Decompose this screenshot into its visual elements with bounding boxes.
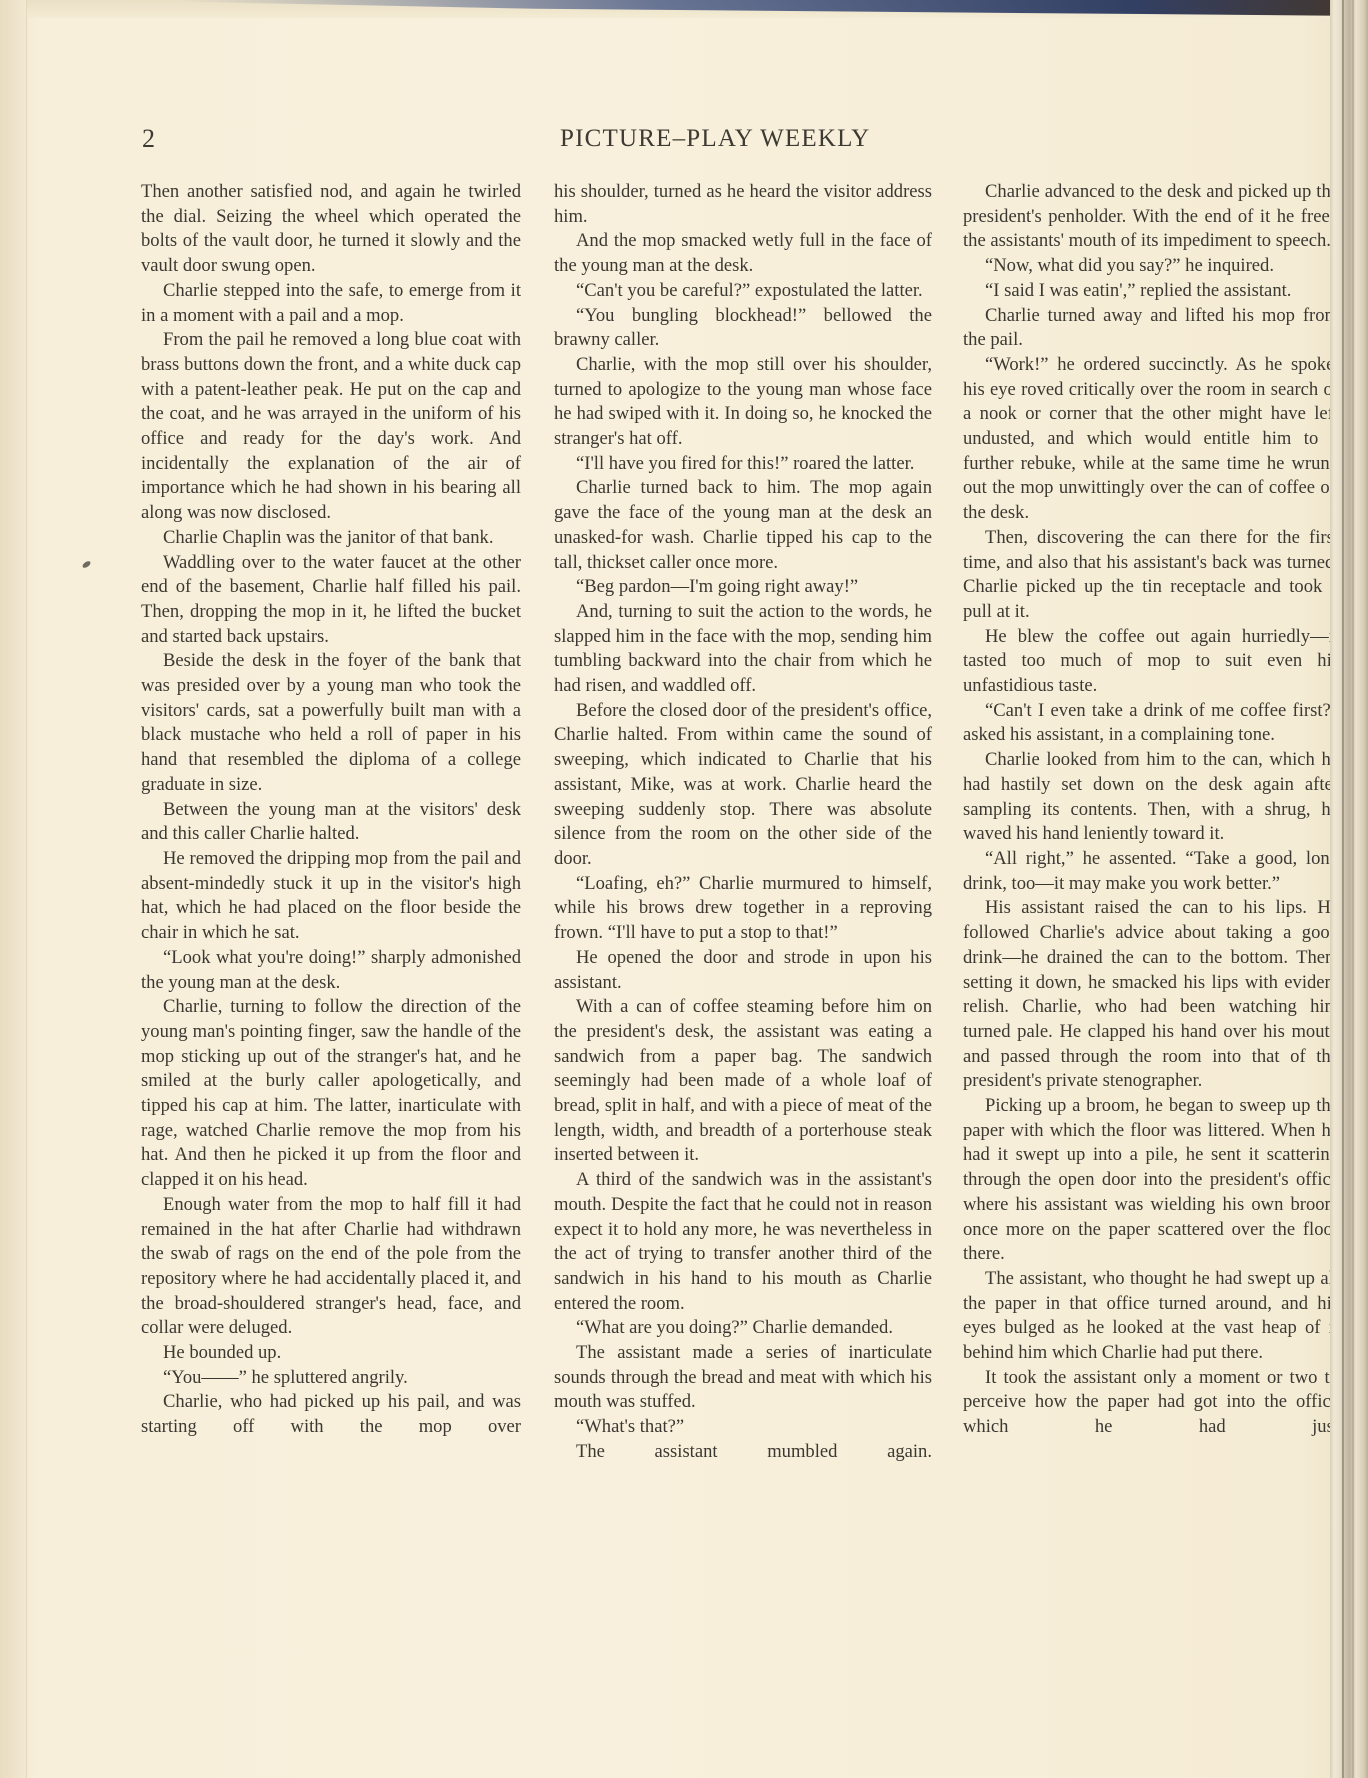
article-paragraph: From the pail he removed a long blue coa…: [141, 328, 521, 526]
article-paragraph: “Can't I even take a drink of me coffee …: [963, 699, 1339, 748]
article-paragraph: “I said I was eatin',” replied the assis…: [963, 279, 1339, 304]
article-paragraph: Charlie turned back to him. The mop agai…: [554, 476, 932, 575]
article-paragraph: And, turning to suit the action to the w…: [554, 600, 932, 699]
article-paragraph: Beside the desk in the foyer of the bank…: [141, 649, 521, 797]
article-paragraph: Charlie, who had picked up his pail, and…: [141, 1390, 521, 1439]
article-paragraph: “I'll have you fired for this!” roared t…: [554, 452, 932, 477]
article-paragraph: Charlie turned away and lifted his mop f…: [963, 304, 1339, 353]
article-paragraph: His assistant raised the can to his lips…: [963, 896, 1339, 1094]
article-paragraph: Waddling over to the water faucet at the…: [141, 551, 521, 650]
text-column-2: his shoulder, turned as he heard the vis…: [554, 180, 932, 1465]
binding-gutter: [0, 0, 27, 1778]
article-paragraph: “All right,” he assented. “Take a good, …: [963, 847, 1339, 896]
publication-title: PICTURE–PLAY WEEKLY: [560, 122, 870, 156]
article-paragraph: “You——” he spluttered angrily.: [141, 1366, 521, 1391]
article-paragraph: He blew the coffee out again hurriedly—i…: [963, 625, 1339, 699]
article-paragraph: Charlie Chaplin was the janitor of that …: [141, 526, 521, 551]
article-paragraph: Charlie advanced to the desk and picked …: [963, 180, 1339, 254]
article-paragraph: “Now, what did you say?” he inquired.: [963, 254, 1339, 279]
article-paragraph: The assistant mumbled again.: [554, 1440, 932, 1465]
text-column-3: Charlie advanced to the desk and picked …: [963, 180, 1339, 1440]
ink-smudge: [81, 560, 91, 569]
adjacent-page-edges: [1330, 0, 1368, 1778]
magazine-page: 2 PICTURE–PLAY WEEKLY Then another satis…: [0, 0, 1368, 1778]
article-paragraph: He removed the dripping mop from the pai…: [141, 847, 521, 946]
article-paragraph: Picking up a broom, he began to sweep up…: [963, 1094, 1339, 1267]
text-column-1: Then another satisfied nod, and again he…: [141, 180, 521, 1440]
article-paragraph: “You bungling blockhead!” bellowed the b…: [554, 304, 932, 353]
page-edge-line: [1342, 0, 1344, 1778]
article-paragraph: Charlie stepped into the safe, to emerge…: [141, 279, 521, 328]
article-paragraph: A third of the sandwich was in the assis…: [554, 1168, 932, 1316]
page-edge-line: [1352, 0, 1354, 1778]
article-paragraph: “Can't you be careful?” expostulated the…: [554, 279, 932, 304]
article-paragraph: “What's that?”: [554, 1415, 932, 1440]
article-paragraph: Charlie looked from him to the can, whic…: [963, 748, 1339, 847]
article-paragraph: He bounded up.: [141, 1341, 521, 1366]
article-paragraph: Enough water from the mop to half fill i…: [141, 1193, 521, 1341]
article-paragraph: “Beg pardon—I'm going right away!”: [554, 575, 932, 600]
article-paragraph: Then, discovering the can there for the …: [963, 526, 1339, 625]
article-paragraph: “Work!” he ordered succinctly. As he spo…: [963, 353, 1339, 526]
article-paragraph: Before the closed door of the president'…: [554, 699, 932, 872]
article-paragraph: Between the young man at the visitors' d…: [141, 798, 521, 847]
article-paragraph: “Loafing, eh?” Charlie murmured to himse…: [554, 872, 932, 946]
article-paragraph: With a can of coffee steaming before him…: [554, 995, 932, 1168]
page-number: 2: [142, 122, 155, 156]
article-paragraph: The assistant, who thought he had swept …: [963, 1267, 1339, 1366]
article-paragraph: his shoulder, turned as he heard the vis…: [554, 180, 932, 229]
article-paragraph: Charlie, turning to follow the direction…: [141, 995, 521, 1193]
article-paragraph: He opened the door and strode in upon hi…: [554, 946, 932, 995]
article-paragraph: “What are you doing?” Charlie demanded.: [554, 1316, 932, 1341]
article-paragraph: Charlie, with the mop still over his sho…: [554, 353, 932, 452]
article-paragraph: “Look what you're doing!” sharply admoni…: [141, 946, 521, 995]
article-paragraph: It took the assistant only a moment or t…: [963, 1366, 1339, 1440]
article-paragraph: Then another satisfied nod, and again he…: [141, 180, 521, 279]
article-paragraph: The assistant made a series of inarticul…: [554, 1341, 932, 1415]
article-paragraph: And the mop smacked wetly full in the fa…: [554, 229, 932, 278]
running-header: 2 PICTURE–PLAY WEEKLY: [142, 122, 926, 162]
